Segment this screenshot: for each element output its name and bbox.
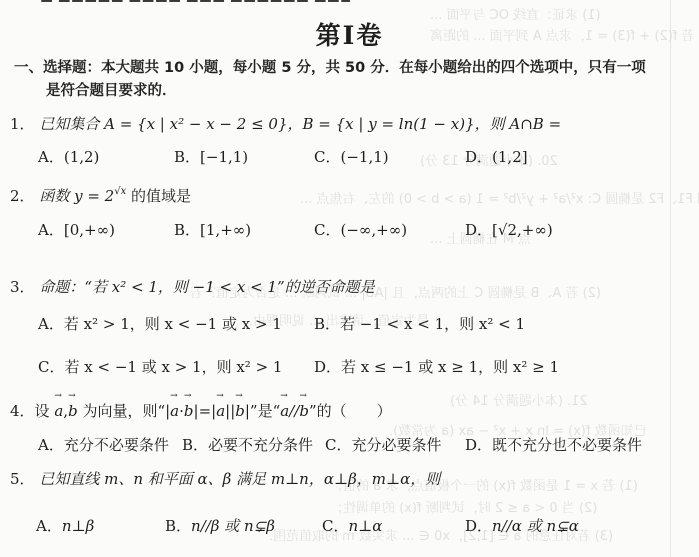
option-d[interactable]: D．(1,2] (465, 146, 528, 167)
option-text: 充分必要条件 (351, 436, 441, 454)
option-label: B． (314, 315, 340, 333)
option-label: B． (174, 221, 200, 239)
option-b[interactable]: B．必要不充分条件 (182, 434, 313, 455)
option-a[interactable]: A．[0,+∞) (38, 219, 115, 240)
question-2: 2． 函数 y = 2√x 的值域是 A．[0,+∞) B．[1,+∞) C．(… (10, 185, 670, 206)
option-label: D． (465, 517, 492, 535)
option-b[interactable]: B．[−1,1) (174, 146, 248, 167)
option-label: C． (314, 148, 340, 166)
question-number: 1． (10, 115, 35, 133)
option-label: A． (38, 148, 64, 166)
option-text: 既不充分也不必要条件 (492, 436, 642, 454)
exponent: √x (114, 186, 126, 197)
option-c[interactable]: C．(−∞,+∞) (314, 219, 407, 240)
option-text: (−1,1) (340, 148, 388, 166)
vector-b: b (299, 402, 309, 420)
option-d[interactable]: D．[√2,+∞) (465, 219, 553, 240)
text: || (225, 402, 235, 420)
option-label: D． (465, 148, 492, 166)
question-number: 4． (10, 402, 35, 420)
section-line-2: 是符合题目要求的． (14, 80, 664, 103)
option-text: (1,2) (64, 148, 100, 166)
question-text-suffix: 的值域是 (126, 187, 191, 205)
option-c[interactable]: C．(−1,1) (314, 146, 389, 167)
option-text: n//β 或 n⊊β (191, 517, 275, 535)
option-text: (−∞,+∞) (340, 221, 407, 239)
question-5: 5． 已知直线 m、n 和平面 α、β 满足 m⊥n，α⊥β，m⊥α，则 A．n… (10, 468, 670, 489)
question-text: 命题：“若 x² < 1，则 −1 < x < 1”的逆否命题是 (39, 278, 374, 296)
option-d[interactable]: D．n//α 或 n⊊α (465, 515, 579, 536)
option-text: [√2,+∞) (492, 221, 553, 239)
text: |”是“ (245, 402, 280, 420)
option-text: 若 x < −1 或 x > 1，则 x² > 1 (64, 358, 282, 376)
option-label: D． (465, 221, 492, 239)
question-4: 4．设 a,b 为向量，则“|a·b|=|a||b|”是“a//b”的（ ） A… (10, 400, 670, 421)
vector-a: a (280, 402, 289, 420)
option-b[interactable]: B．[1,+∞) (174, 219, 251, 240)
text: |=| (194, 402, 217, 420)
option-label: A． (38, 315, 64, 333)
option-text: [1,+∞) (200, 221, 251, 239)
question-text-prefix: 函数 y = 2 (39, 187, 114, 205)
question-number: 2． (10, 187, 35, 205)
option-d[interactable]: D．既不充分也不必要条件 (465, 434, 642, 455)
option-a[interactable]: A．若 x² > 1，则 x < −1 或 x > 1 (38, 313, 282, 334)
question-number: 5． (10, 470, 35, 488)
option-label: A． (36, 517, 62, 535)
option-b[interactable]: B．若 −1 < x < 1，则 x² < 1 (314, 313, 525, 334)
question-stem: 2． 函数 y = 2√x 的值域是 (10, 185, 670, 206)
question-stem: 1． 已知集合 A = {x | x² − x − 2 ≤ 0}，B = {x … (10, 113, 670, 134)
section-instructions: 一、选择题：本大题共 10 小题，每小题 5 分，共 50 分．在每小题给出的四… (14, 57, 664, 103)
option-a[interactable]: A．n⊥β (36, 515, 94, 536)
question-stem: 3． 命题：“若 x² < 1，则 −1 < x < 1”的逆否命题是 (10, 276, 670, 297)
option-label: A． (38, 221, 64, 239)
option-d[interactable]: D．若 x ≤ −1 或 x ≥ 1，则 x² ≥ 1 (314, 356, 559, 377)
option-text: 若 −1 < x < 1，则 x² < 1 (340, 315, 525, 333)
question-number: 3． (10, 278, 35, 296)
option-label: B． (165, 517, 191, 535)
text: 为向量，则“| (78, 402, 171, 420)
option-text: 必要不充分条件 (208, 436, 313, 454)
option-c[interactable]: C．n⊥α (322, 515, 382, 536)
option-label: A． (38, 436, 64, 454)
option-label: C． (325, 436, 351, 454)
option-label: B． (174, 148, 200, 166)
option-a[interactable]: A．(1,2) (38, 146, 99, 167)
option-label: D． (465, 436, 492, 454)
option-text: n⊥β (62, 517, 94, 535)
option-label: D． (314, 358, 341, 376)
question-text: 已知直线 m、n 和平面 α、β 满足 m⊥n，α⊥β，m⊥α，则 (39, 470, 440, 488)
option-c[interactable]: C．充分必要条件 (325, 434, 442, 455)
option-label: C． (314, 221, 340, 239)
section-line-1: 一、选择题：本大题共 10 小题，每小题 5 分，共 50 分．在每小题给出的四… (14, 60, 646, 76)
vector-b: b (235, 402, 245, 420)
bleed-through-text: (2) 当 0 < a ≤ 2 时，试判断 f(x) 的单调性； (330, 497, 597, 516)
option-c[interactable]: C．若 x < −1 或 x > 1，则 x² > 1 (38, 356, 282, 377)
page-title: 第Ⅰ卷 (0, 16, 699, 52)
option-text: n//α 或 n⊊α (492, 517, 579, 535)
option-label: C． (38, 358, 64, 376)
vector-b: b (184, 402, 194, 420)
text: ”的（ ） (309, 402, 392, 420)
question-text: 已知集合 A = {x | x² − x − 2 ≤ 0}，B = {x | y… (39, 115, 561, 133)
question-stem: 5． 已知直线 m、n 和平面 α、β 满足 m⊥n，α⊥β，m⊥α，则 (10, 468, 670, 489)
text: 设 (35, 402, 55, 420)
vector-a: a (54, 402, 63, 420)
option-text: [0,+∞) (64, 221, 115, 239)
question-1: 1． 已知集合 A = {x | x² − x − 2 ≤ 0}，B = {x … (10, 113, 670, 134)
option-text: [−1,1) (200, 148, 248, 166)
option-text: 充分不必要条件 (64, 436, 169, 454)
page-edge-line (670, 0, 671, 557)
option-text: n⊥α (348, 517, 382, 535)
vector-a: a (170, 402, 179, 420)
option-b[interactable]: B．n//β 或 n⊊β (165, 515, 275, 536)
vector-a: a (216, 402, 225, 420)
text: // (289, 402, 299, 420)
cut-off-top-line: ▬ ▬▬▬▬▬ ▬▬▬▬ ▬▬▬ ▬▬▬▬▬▬ ▬▬▬▬▬ (40, 0, 350, 5)
vector-b: b (68, 402, 78, 420)
option-label: B． (182, 436, 208, 454)
option-text: 若 x² > 1，则 x < −1 或 x > 1 (64, 315, 282, 333)
question-3: 3． 命题：“若 x² < 1，则 −1 < x < 1”的逆否命题是 A．若 … (10, 276, 670, 297)
option-text: (1,2] (492, 148, 528, 166)
question-stem: 4．设 a,b 为向量，则“|a·b|=|a||b|”是“a//b”的（ ） (10, 400, 670, 421)
option-text: 若 x ≤ −1 或 x ≥ 1，则 x² ≥ 1 (341, 358, 559, 376)
option-label: C． (322, 517, 348, 535)
option-a[interactable]: A．充分不必要条件 (38, 434, 169, 455)
